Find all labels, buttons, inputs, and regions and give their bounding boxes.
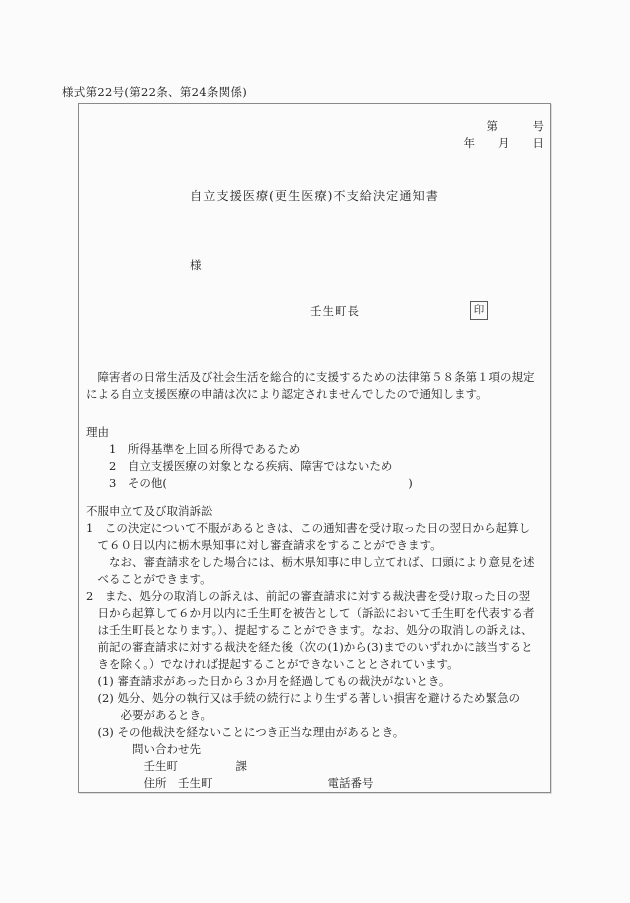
- appeal-line: (1) 審査請求があった日から３か月を経過してもの裁決がないとき。: [86, 673, 548, 690]
- appeal-line: は壬生町長となります。）、提起することができます。なお、処分の取消しの訴えは、: [86, 622, 548, 639]
- reason-item: 2 自立支援医療の対象となる疾病、障害ではないため: [86, 458, 548, 475]
- appeal-section: 不服申立て及び取消訴訟 1 この決定について不服があるときは、この通知書を受け取…: [86, 503, 548, 792]
- reason-item: 1 所得基準を上回る所得であるため: [86, 441, 548, 458]
- appeal-line: きを除く。）でなければ提起することができないこととされています。: [86, 656, 548, 673]
- reason-item: 3 その他( ): [86, 475, 548, 492]
- sender-row: 壬生町長 印: [79, 303, 550, 323]
- appeal-line: 壬生町 課: [86, 758, 548, 775]
- appeal-line: (2) 処分、処分の執行又は手続の続行により生ずる著しい損害を避けるため緊急の: [86, 690, 548, 707]
- document-frame: 第 号 年 月 日 自立支援医療(更生医療)不支給決定通知書 様 壬生町長 印 …: [78, 103, 551, 793]
- document-title: 自立支援医療(更生医療)不支給決定通知書: [79, 187, 550, 204]
- preamble-line: 障害者の日常生活及び社会生活を総合的に支援するための法律第５８条第１項の規定: [86, 369, 548, 386]
- doc-date-line: 年 月 日: [464, 136, 545, 150]
- appeal-line: 日から起算して６か月以内に壬生町を被告として（訴訟において壬生町を代表する者: [86, 605, 548, 622]
- document-page: 様式第22号(第22条、第24条関係) 第 号 年 月 日 自立支援医療(更生医…: [0, 0, 630, 903]
- appeal-line: (3) その他裁決を経ないことにつき正当な理由があるとき。: [86, 724, 548, 741]
- reason-heading: 理由: [86, 424, 548, 441]
- appeal-line: 問い合わせ先: [86, 741, 548, 758]
- addressee-honorific: 様: [190, 257, 202, 273]
- appeal-line: 必要があるとき。: [86, 707, 548, 724]
- appeal-heading: 不服申立て及び取消訴訟: [86, 503, 548, 520]
- preamble-paragraph: 障害者の日常生活及び社会生活を総合的に支援するための法律第５８条第１項の規定 に…: [86, 369, 548, 403]
- appeal-line: 2 また、処分の取消しの訴えは、前記の審査請求に対する裁決書を受け取った日の翌: [86, 588, 548, 605]
- appeal-line: べることができます。: [86, 571, 548, 588]
- appeal-line: 住所 壬生町 電話番号: [86, 775, 548, 792]
- appeal-line: て６０日以内に栃木県知事に対し審査請求をすることができます。: [86, 537, 548, 554]
- doc-number-line: 第 号: [487, 119, 545, 133]
- preamble-line: による自立支援医療の申請は次により認定されませんでしたので通知します。: [86, 386, 548, 403]
- form-style-number-label: 様式第22号(第22条、第24条関係): [62, 84, 247, 100]
- appeal-line: 1 この決定について不服があるときは、この通知書を受け取った日の翌日から起算し: [86, 520, 548, 537]
- official-seal: 印: [470, 301, 488, 320]
- appeal-line: なお、審査請求をした場合には、栃木県知事に申し立てれば、口頭により意見を述: [86, 554, 548, 571]
- sender-title: 壬生町長: [310, 303, 360, 319]
- reason-section: 理由 1 所得基準を上回る所得であるため 2 自立支援医療の対象となる疾病、障害…: [86, 424, 548, 492]
- appeal-line: 前記の審査請求に対する裁決を経た後（次の(1)から(3)までのいずれかに該当する…: [86, 639, 548, 656]
